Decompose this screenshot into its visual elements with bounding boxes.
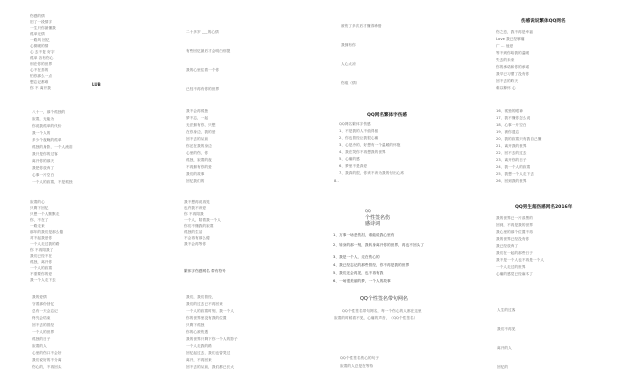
text-line: 广 ... 他爱 <box>496 44 513 48</box>
text-line: 我把你放弃了 <box>32 166 54 170</box>
text-line: 你说我孤单的代价 <box>32 124 62 128</box>
text-line: 18、心事一片空白 <box>496 123 527 127</box>
text-line: 你的承诺和你的承诺 <box>496 65 529 69</box>
text-line: 我拥有你 <box>341 43 356 47</box>
text-line: 你们不懂我的寂寞 <box>184 224 214 228</box>
text-line: 16、孤独的眼神 <box>496 109 523 113</box>
text-line: 寂寞的人总是在等待 <box>340 364 373 368</box>
text-line: 我早已习惯了没有你 <box>496 72 529 76</box>
text-line: 我的世界只剩下你一个人的影子 <box>186 337 238 341</box>
text-line: 只剩下回忆 <box>30 206 48 210</box>
text-line: 只想一个人默默走 <box>30 212 60 216</box>
text-line: 心事一片空白 <box>32 173 54 177</box>
text-line: 孤独，寂寞的夜 <box>186 158 212 162</box>
text-line: 已经不再有你的世界 <box>186 87 219 91</box>
text-line: 我已经放弃了 <box>496 244 518 248</box>
text-line: QQ个性签名带句网名，每一个伤心的人都在这里 <box>342 309 422 313</box>
text-line: 我们，我们曾经， <box>186 295 216 299</box>
page-title: QQ个性签名带句网名 <box>360 295 408 302</box>
text-line: 对不起我爱你 <box>30 236 52 240</box>
text-line: 人心太凉 <box>341 62 356 66</box>
text-line: 寂寞的时候看不见，心痛的声音，（QQ个性签名） <box>334 316 417 320</box>
text-line: 7、我真的很，你该不该为我的付出心疼 <box>339 171 404 175</box>
text-line: 回忆我们的 <box>186 179 204 183</box>
text-line: 我们的过去已不再回来 <box>186 302 223 306</box>
page-title: QQ男生超伤感网名2016年 <box>515 204 572 210</box>
text-line: 26、回到我的世界 <box>496 179 527 183</box>
text-line: QQ网名繁体字伤感 <box>339 122 371 126</box>
text-line: 伤感的情 <box>30 14 45 18</box>
text-line: 6、一场很美丽的梦，一个人的故事 <box>333 279 391 283</box>
text-line: 伤痕（情） <box>341 81 359 85</box>
text-line: 1、不是我的人不值得留 <box>339 129 378 133</box>
text-line: 我不会再等你 <box>184 242 206 246</box>
text-line: 无法拥有你，只想 <box>186 123 216 127</box>
page-footer-text: 繁体字伤感网名 带有符号 <box>184 269 226 273</box>
text-line: 回忆的 <box>497 365 508 369</box>
text-line: 失去的未来 <box>496 58 514 62</box>
text-line: 一个人，陪着我一个人 <box>184 218 221 222</box>
text-line: Love 我已经够痛 <box>496 37 525 41</box>
text-line: 总有一天会忘记 <box>32 309 58 313</box>
text-line: 你 不 离开我 <box>30 86 51 90</box>
text-line: 我不会再孤独 <box>186 109 208 113</box>
text-line: 难以释怀 心 <box>496 86 516 90</box>
text-line: 你 不再陪我 <box>184 212 204 216</box>
text-line: 我的世界已经没有你 <box>496 237 529 241</box>
text-line: 一路风 回忆 <box>30 38 50 42</box>
text-line: 你的心被伤透 <box>186 330 208 334</box>
text-line: 一个人走我的路 <box>186 344 212 348</box>
text-line: 多少个夜晚的孤单 <box>32 138 62 142</box>
text-line: 24、我一个人的寂寞 <box>496 165 530 169</box>
text-line: 3、我是一个人，走在伤心的 <box>333 255 380 259</box>
text-line: 我们不再见 <box>497 327 515 331</box>
page-title-line-2: 感诗词 <box>365 220 380 227</box>
text-line: 也许我不该爱 <box>184 206 206 210</box>
text-line: 伤之恋，我不再是幸福 <box>496 30 533 34</box>
text-line: 孤独的身影，一个人流泪 <box>32 145 73 149</box>
text-line: 二十多岁 ___的心情 <box>186 30 219 34</box>
text-line: 5、我们还会再见，也不再有我 <box>333 271 383 275</box>
text-line: QQ个性签名伤心的句子 <box>340 356 379 360</box>
text-line: 别在你的世界 <box>30 62 52 66</box>
text-line: 一生只你最懂我 <box>30 26 56 30</box>
text-line: 我们已经不在 <box>30 254 52 258</box>
text-line: 我一个人走下去 <box>30 278 56 282</box>
text-line: 孤独，离开你 <box>30 260 52 264</box>
text-line: 寂寞的心 <box>30 200 45 204</box>
text-line: 有些回忆最后才会明白别提 <box>186 49 230 53</box>
text-line: 19、被你遗忘 <box>496 130 519 134</box>
text-line: 终究会结束 <box>32 316 50 320</box>
text-line: 离开的人 <box>497 346 512 350</box>
text-line: 离开你的那天 <box>32 159 54 163</box>
text-line: 人生的过客 <box>497 308 515 312</box>
text-line: 一个人的世界 <box>32 330 54 334</box>
text-line: 心微暖的情 <box>30 44 48 48</box>
text-line: 我的心里住着一个你 <box>186 68 219 72</box>
text-line: 寂寞，无能为 <box>32 117 54 121</box>
text-line: 一个人走过我的路 <box>30 242 60 246</box>
text-line: 20、我的寂寞只有我自己懂 <box>496 137 541 141</box>
text-line: 心里的伤口不会好 <box>32 351 62 355</box>
text-line: 3、心是冷的，好想有一个温暖的怀抱 <box>339 143 401 147</box>
text-line: 我只是你的过客 <box>32 152 58 156</box>
text-line: 孤独的生活 <box>184 230 202 234</box>
text-line: 21、离开我的世界 <box>496 144 527 148</box>
text-line: 怕你那么一点 <box>30 74 52 78</box>
text-line: 我的世界已一片漆黑的 <box>496 216 533 220</box>
text-line: 不会再有那么傻 <box>184 236 210 240</box>
text-line: 5、心痛的感 <box>339 157 360 161</box>
text-line: 回不去的昨天 <box>496 79 518 83</box>
text-line: 你，不在了 <box>30 218 48 222</box>
text-line: 守着那份回忆 <box>32 302 54 306</box>
text-line: 心痛的感觉已经麻木了 <box>496 272 533 276</box>
text-line: 我心里的那个位置不再 <box>496 230 533 234</box>
text-line: 我一个人的 <box>32 131 50 135</box>
text-line: 一路走来 <box>30 224 45 228</box>
text-line: 在你身边，我的爱 <box>186 130 216 134</box>
page-title-prefix: QQ <box>365 209 371 213</box>
text-line: 23、离开你的日子 <box>496 158 527 162</box>
text-line: 17、我不懂你怎么说 <box>496 116 530 120</box>
text-line: 那年的我们是那么傻 <box>30 230 63 234</box>
text-line: 孤独的日子 <box>32 337 50 341</box>
text-line: 回到，不再是我的世界 <box>496 223 533 227</box>
text-line: 旧了一段情字 <box>30 20 52 24</box>
text-line: 孤单无情 <box>30 32 45 36</box>
text-line: 一个人的寂寞时刻，我一个人 <box>186 309 234 313</box>
text-line: 2、你也曾经让我很心痛 <box>339 136 378 140</box>
text-line: 我不是一个人也不再是一个人 <box>496 258 544 262</box>
text-line: 我们在一起的那些日子 <box>496 251 533 255</box>
text-line: 梦不忘，一起 <box>186 116 208 120</box>
text-line: 你的世界里没有我的位置 <box>186 316 227 320</box>
text-line: 1、万事一场悲伤泪，谁能说我心里有 <box>333 233 395 237</box>
text-line: 4、我在哭你不再想我的世界 <box>339 150 386 154</box>
page-title: 伤感说说繁体QQ网名 <box>521 18 566 24</box>
page-mark: LUB <box>92 82 101 87</box>
text-line: 一个人走过的世界 <box>496 265 526 269</box>
text-line: 寂寞的人 <box>32 344 47 348</box>
text-line: 回不去的从前 <box>186 137 208 141</box>
page-title: QQ网名繁体字伤感 <box>367 112 407 118</box>
text-line: 心里的伤，你 <box>186 151 208 155</box>
text-line: 等不到你给我的温暖 <box>496 51 529 55</box>
text-line: 4、我已经忘记的那些曾经，你不再是我的世界 <box>333 263 409 267</box>
text-line: 离开，不再回来 <box>186 358 212 362</box>
text-line: 我们的故事 <box>186 172 204 176</box>
text-line: 伤心的，不再回头 <box>32 365 62 369</box>
text-line: 22、回不去的过去 <box>496 151 527 155</box>
text-line: 你 不再陪我了 <box>30 248 53 252</box>
text-line: 8.. <box>334 179 339 183</box>
text-line: 八十一，那个孤独的 <box>32 110 65 114</box>
text-line: 不再拥有你的爱 <box>186 165 212 169</box>
text-line: 6、梦里不是真爱 <box>339 164 367 168</box>
text-line: 一个人的寂寞 <box>30 266 52 270</box>
text-line: 2、转身的那一刻，我转身离开你的世界，再也不回头了 <box>333 243 424 247</box>
text-line: 心不在焉的 <box>30 68 48 72</box>
text-line: 你还在我的身边 <box>186 144 212 148</box>
text-line: 心 去不复 好字 <box>30 50 55 54</box>
text-line: 只剩下孤独 <box>186 323 204 327</box>
text-line: 我们说好的不分离 <box>32 358 62 362</box>
text-line: 回不去的曾经 <box>32 323 54 327</box>
text-line: 孤单 各有伤心 <box>30 56 53 60</box>
text-line: 想忘记都难 <box>30 80 48 84</box>
text-line: 回忆起过去，我们也曾哭过 <box>186 351 230 355</box>
text-line: 25、我想一个人走下去 <box>496 172 534 176</box>
text-line: 我的爱情 <box>32 295 47 299</box>
text-line: 回不去的从前，我们都已长大 <box>186 365 234 369</box>
text-line: 不需要你的爱 <box>30 272 52 276</box>
text-line: 一个人的寂寞，不是孤独 <box>32 180 73 184</box>
text-line: 被伤了多次后才懂得珍惜 <box>341 24 382 28</box>
text-line: 我不想再说再见 <box>184 200 210 204</box>
